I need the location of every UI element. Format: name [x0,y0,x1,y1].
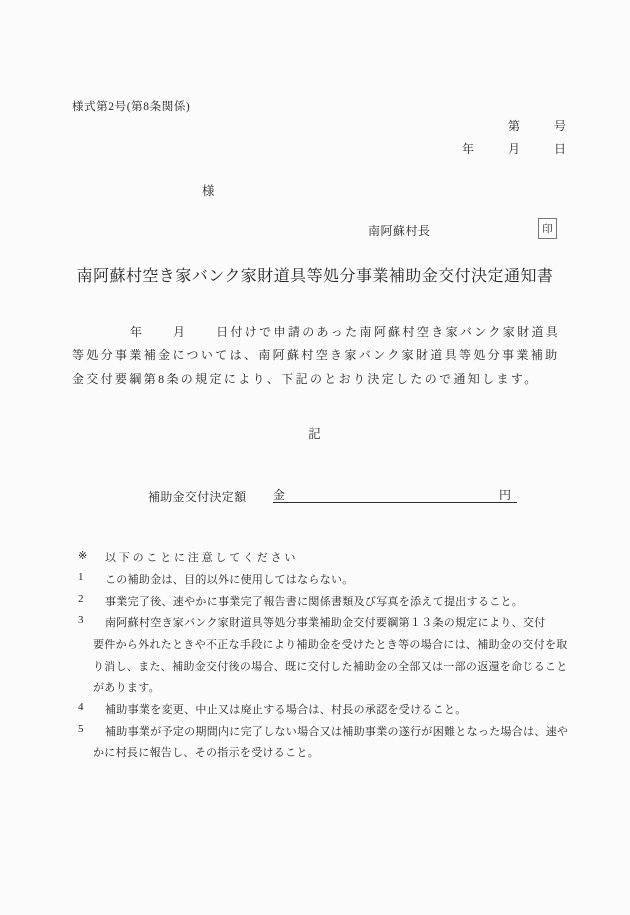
date-day-label: 日 [554,142,566,156]
amount-currency-prefix: 金 [273,486,285,502]
amount-currency-suffix: 円 [499,486,511,502]
amount-blank-field: 金 円 [273,486,517,503]
note-number: 4 [78,701,84,713]
issuer-name: 南阿蘇村長 [368,222,431,239]
notes-heading-text: 以下のことに注意してください [105,549,298,565]
note-line: かに村長に報告し、その指示を受けること。 [93,744,319,760]
date-month-label: 月 [508,142,520,156]
note-line: り消し、また、補助金交付後の場合、既に交付した補助金の全部又は一部の返還を命じる… [93,658,568,674]
note-line: 事業完了後、速やかに事業完了報告書に関係書類及び写真を添えて提出すること。 [105,593,523,609]
form-number-label: 様式第2号(第8条関係) [72,98,190,114]
note-number: 2 [78,593,84,605]
addressee-honorific: 様 [202,181,215,199]
note-number: 1 [78,571,84,583]
document-number-prefix: 第 [508,119,520,133]
body-line: 金交付要綱第8条の規定により、下記のとおり決定したので通知します。 [72,368,577,391]
body-line: 等処分事業補金については、南阿蘇村空き家バンク家財道具等処分事業補助 [72,344,577,367]
seal-box: 印 [538,218,557,239]
body-paragraph: 年 月 日付けで申請のあった南阿蘇村空き家バンク家財道具 等処分事業補金について… [72,321,577,391]
note-number: 3 [78,614,84,626]
body-line: 年 月 日付けで申請のあった南阿蘇村空き家バンク家財道具 [72,321,577,344]
note-number: 5 [78,723,84,735]
note-line: 補助事業が予定の期間内に完了しない場合又は補助事業の遂行が困難となった場合は、速… [105,723,568,739]
amount-label: 補助金交付決定額 [148,488,246,505]
date-year-label: 年 [462,142,474,156]
seal-character: 印 [542,221,553,236]
note-line: この補助金は、目的以外に使用してはならない。 [105,571,354,587]
note-line: 要件から外れたときや不正な手段により補助金を受けたとき等の場合には、補助金の交付… [93,636,568,652]
note-line: があります。 [93,679,160,695]
document-number-suffix: 号 [554,119,566,133]
date-line: 年月日 [462,140,566,157]
document-title: 南阿蘇村空き家バンク家財道具等処分事業補助金交付決定通知書 [0,263,630,286]
note-line: 南阿蘇村空き家バンク家財道具等処分事業補助金交付要綱第１３条の規定により、交付 [105,614,545,630]
document-number-line: 第号 [508,117,566,134]
record-section-marker: 記 [0,424,630,442]
document-page: 様式第2号(第8条関係) 第号 年月日 様 南阿蘇村長 印 南阿蘇村空き家バンク… [0,0,630,915]
notes-heading-marker: ※ [78,549,88,562]
note-line: 補助事業を変更、中止又は廃止する場合は、村長の承認を受けること。 [105,701,467,717]
